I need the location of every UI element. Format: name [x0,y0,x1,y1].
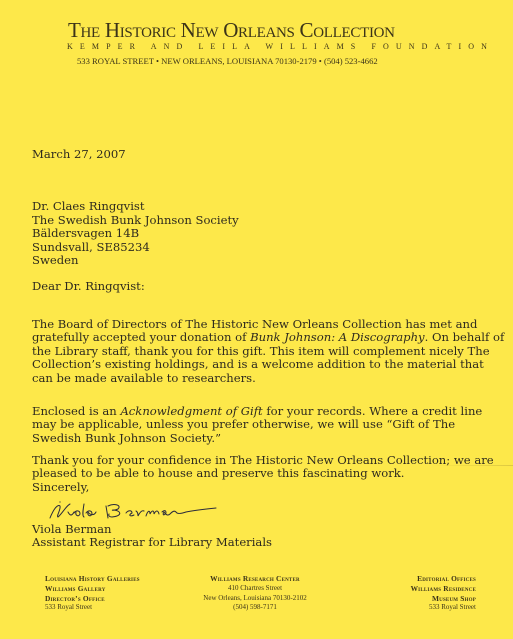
footer-location: Williams Research Center [170,574,340,584]
document-title: Acknowledgment of Gift [120,404,262,418]
footer-center-column: Williams Research Center 410 Chartres St… [170,574,340,613]
footer-phone: (504) 598-7171 [170,603,340,613]
letterhead-address: 533 ROYAL STREET • NEW ORLEANS, LOUISIAN… [77,56,437,67]
signer-title: Assistant Registrar for Library Material… [32,536,502,550]
recipient-address: Dr. Claes Ringqvist The Swedish Bunk Joh… [32,200,502,268]
footer-address: 533 Royal Street [411,603,476,613]
footer-address: New Orleans, Louisiana 70130-2102 [170,594,340,604]
footer-right-column: Editorial Offices Williams Residence Mus… [411,574,476,613]
footer-left-column: Louisiana History Galleries Williams Gal… [45,574,140,613]
letterhead-subtitle: KEMPER AND LEILA WILLIAMS FOUNDATION [67,42,439,52]
recipient-line: The Swedish Bunk Johnson Society [32,214,502,228]
recipient-line: Dr. Claes Ringqvist [32,200,502,214]
footer-location: Editorial Offices [411,574,476,584]
body-paragraph-2: Enclosed is an Acknowledgment of Gift fo… [32,405,507,446]
letterhead-title: The Historic New Orleans Collection [68,18,438,42]
footer-location: Museum Shop [411,594,476,604]
body-paragraph-1: The Board of Directors of The Historic N… [32,318,507,386]
closing: Sincerely, [32,481,502,495]
recipient-line: Sundsvall, SE85234 [32,241,502,255]
salutation: Dear Dr. Ringqvist: [32,280,502,294]
footer-location: Louisiana History Galleries [45,574,140,584]
footer-address: 410 Chartres Street [170,584,340,594]
footer-location: Williams Gallery [45,584,140,594]
footer-location: Williams Residence [411,584,476,594]
footer-address: 533 Royal Street [45,603,140,613]
paper-mark [430,465,513,466]
book-title: Bunk Johnson: A Discography [250,330,425,344]
recipient-line: Sweden [32,254,502,268]
body-paragraph-3: Thank you for your confidence in The His… [32,454,507,481]
recipient-line: Bäldersvagen 14B [32,227,502,241]
letter-date: March 27, 2007 [32,148,502,162]
handwritten-signature [46,500,226,522]
footer-location: Director’s Office [45,594,140,604]
text: Enclosed is an [32,404,120,418]
